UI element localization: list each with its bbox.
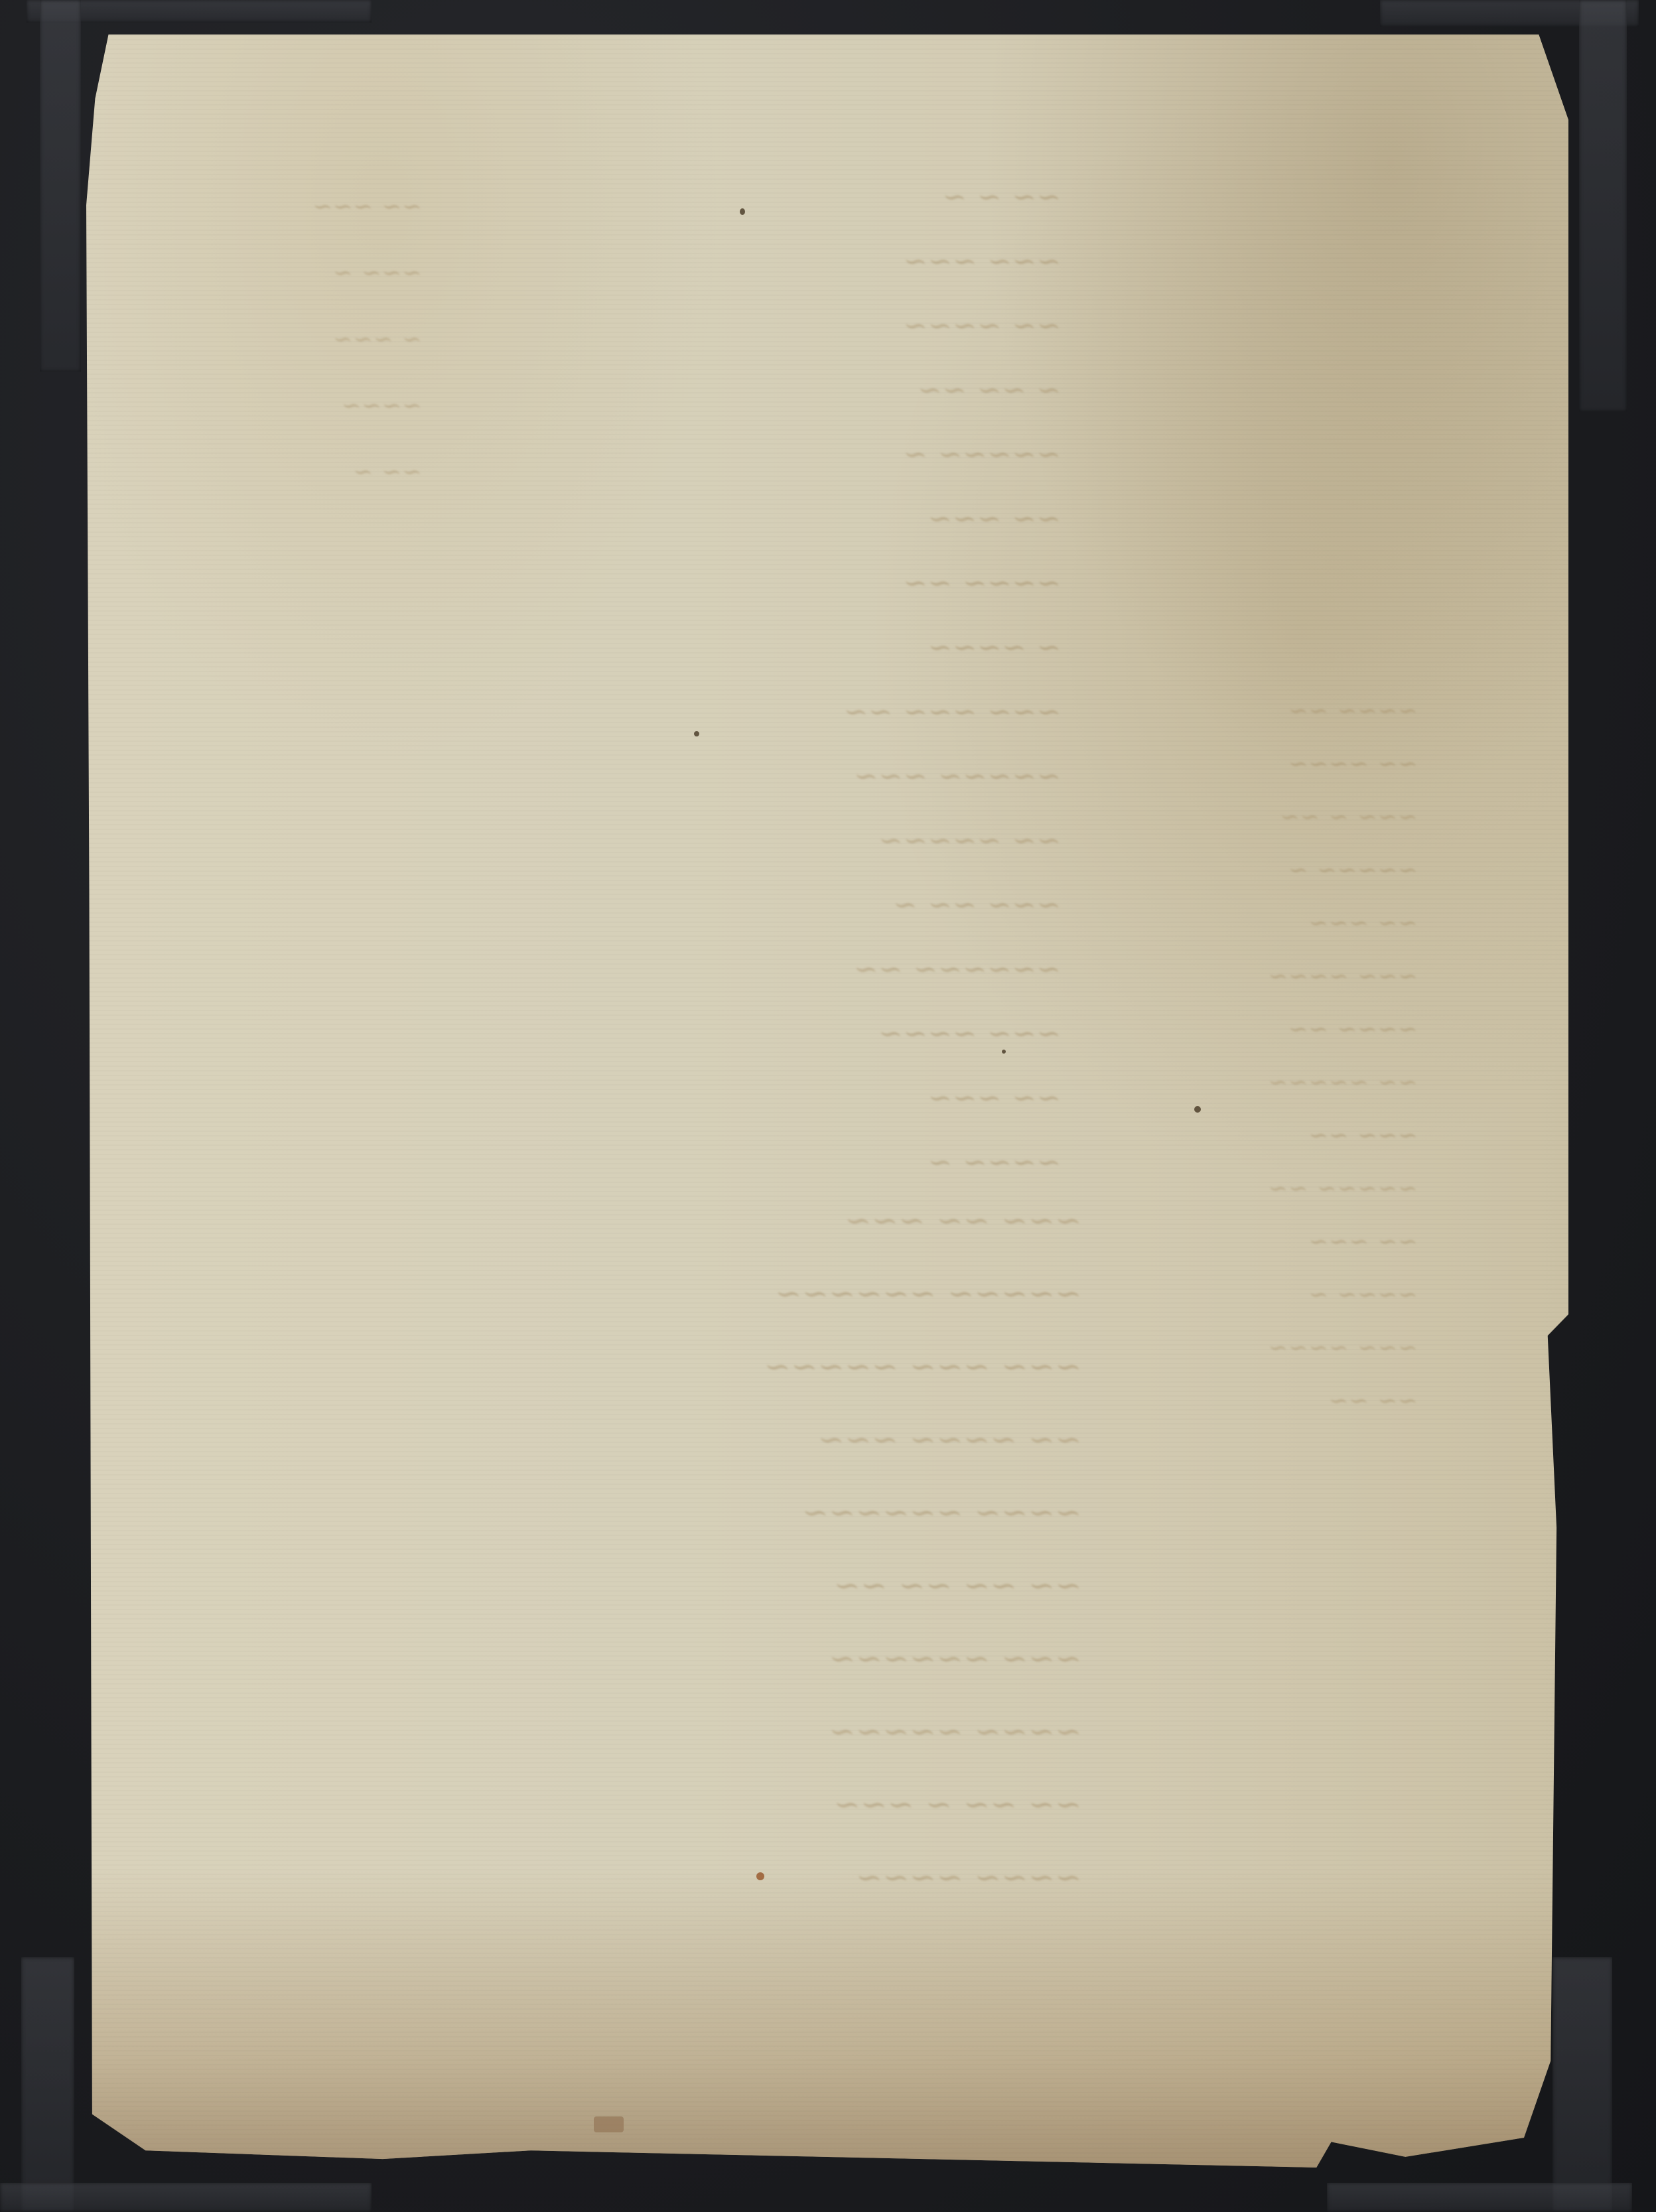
ink-spot <box>694 731 699 736</box>
bleed-through-stroke: ~~~ ~~ ~ <box>839 888 1064 921</box>
bleed-through-stroke: ~~ ~~ ~ ~~~ <box>759 1786 1085 1822</box>
rust-spot <box>756 1872 764 1880</box>
bleed-through-stroke: ~~~ ~~~ ~~~~~ <box>759 1348 1085 1384</box>
bleed-through-stroke: ~~~ ~~~~~~ <box>759 1640 1085 1676</box>
bleed-through-stroke: ~~~~~ ~~ <box>1265 1176 1420 1202</box>
bleed-through-stroke: ~~ ~ ~ <box>839 180 1064 213</box>
tape-strip <box>1579 0 1627 411</box>
bleed-through-stroke: ~~~~ ~ <box>1265 1282 1420 1308</box>
bleed-through-stroke: ~~ ~ <box>309 459 425 486</box>
bleed-through-right-block: ~~ ~ ~ ~~~ ~~~ ~~ ~~~~ ~ ~~ ~~ ~~~~~ ~ ~… <box>843 180 1060 1178</box>
bleed-through-stroke: ~~ ~~~ <box>839 1081 1064 1114</box>
bleed-through-stroke: ~~ ~~~~ <box>839 309 1064 342</box>
tape-strip <box>1552 1957 1612 2212</box>
bleed-through-stroke: ~~~~~~ ~~ <box>839 953 1064 985</box>
manuscript-page: ~~ ~~~ ~~~ ~ ~ ~~~ ~~~~ ~~ ~ ~~ ~ ~ ~~~ … <box>86 35 1568 2168</box>
bleed-through-stroke: ~~ ~~~ <box>1265 910 1420 937</box>
bleed-through-stroke: ~~~~ ~~~~ <box>759 1859 1085 1895</box>
bleed-through-stroke: ~~~ ~ ~~ <box>1265 804 1420 831</box>
tape-strip <box>0 2183 372 2212</box>
tape-strip <box>1327 2183 1632 2212</box>
bleed-through-stroke: ~~ ~~ ~~ ~~ <box>759 1567 1085 1603</box>
ink-spot <box>1002 1050 1006 1054</box>
bleed-through-stroke: ~ ~~ ~~ <box>839 374 1064 406</box>
bleed-through-stroke: ~~~~~ ~ <box>1265 857 1420 884</box>
bleed-through-stroke: ~ ~~~ <box>309 326 425 353</box>
bleed-through-stroke: ~~ ~~~~~ <box>1265 1070 1420 1096</box>
bleed-through-left-column: ~~ ~~~ ~~~ ~ ~ ~~~ ~~~~ ~~ ~ <box>312 194 421 486</box>
bleed-through-stroke: ~ ~~~~ <box>839 631 1064 663</box>
bleed-through-stroke: ~~ ~~~ <box>839 502 1064 535</box>
bleed-through-stroke: ~~~~ ~~~~~~ <box>759 1494 1085 1530</box>
bleed-through-stroke: ~~~~ ~~~~~ <box>759 1713 1085 1749</box>
bleed-through-stroke: ~~ ~~ <box>1265 1388 1420 1415</box>
bleed-through-stroke: ~~~~~ ~ <box>839 438 1064 470</box>
bleed-through-middle-block: ~~~ ~~ ~~~ ~~~~~ ~~~~~~ ~~~ ~~~ ~~~~~ ~~… <box>763 1202 1081 1895</box>
bleed-through-stroke: ~~~~ ~~ <box>1265 698 1420 725</box>
bleed-through-far-right-column: ~~~~ ~~ ~~ ~~~~ ~~~ ~ ~~ ~~~~~ ~ ~~ ~~~ … <box>1267 698 1417 1415</box>
bleed-through-stroke: ~~~~~ ~~~ <box>839 760 1064 792</box>
bleed-through-stroke: ~~~ ~~ ~~~ <box>759 1202 1085 1238</box>
ink-spot <box>1194 1106 1201 1113</box>
bleed-through-stroke: ~~~ ~~~~ <box>1265 963 1420 990</box>
bleed-through-stroke: ~~~ ~ <box>309 260 425 287</box>
bleed-through-stroke: ~~~~ <box>309 393 425 419</box>
bleed-through-stroke: ~~~ ~~ <box>1265 1123 1420 1149</box>
ink-spot <box>740 208 745 215</box>
bleed-through-stroke: ~~~ ~~~ <box>839 245 1064 277</box>
bleed-through-stroke: ~~ ~~~ <box>309 194 425 220</box>
tape-strip <box>40 0 81 372</box>
bleed-through-stroke: ~~~ ~~~~ <box>839 1017 1064 1050</box>
bleed-through-stroke: ~~~~ ~ <box>839 1146 1064 1178</box>
bleed-through-stroke: ~~ ~~~ <box>1265 1229 1420 1255</box>
bleed-through-stroke: ~~~~~ ~~~~~~ <box>759 1275 1085 1311</box>
tape-strip <box>21 1957 74 2212</box>
bleed-through-stroke: ~~~~ ~~ <box>1265 1016 1420 1043</box>
bleed-through-stroke: ~~~ ~~~ ~~ <box>839 695 1064 728</box>
bleed-through-stroke: ~~~ ~~~~ <box>1265 1335 1420 1361</box>
bleed-through-stroke: ~~ ~~~~~ <box>839 824 1064 857</box>
bleed-through-stroke: ~~ ~~~~ <box>1265 751 1420 778</box>
bleed-through-stroke: ~~ ~~~~ ~~~ <box>759 1421 1085 1457</box>
stain-mark <box>594 2116 624 2132</box>
bleed-through-stroke: ~~~~ ~~ <box>839 567 1064 599</box>
